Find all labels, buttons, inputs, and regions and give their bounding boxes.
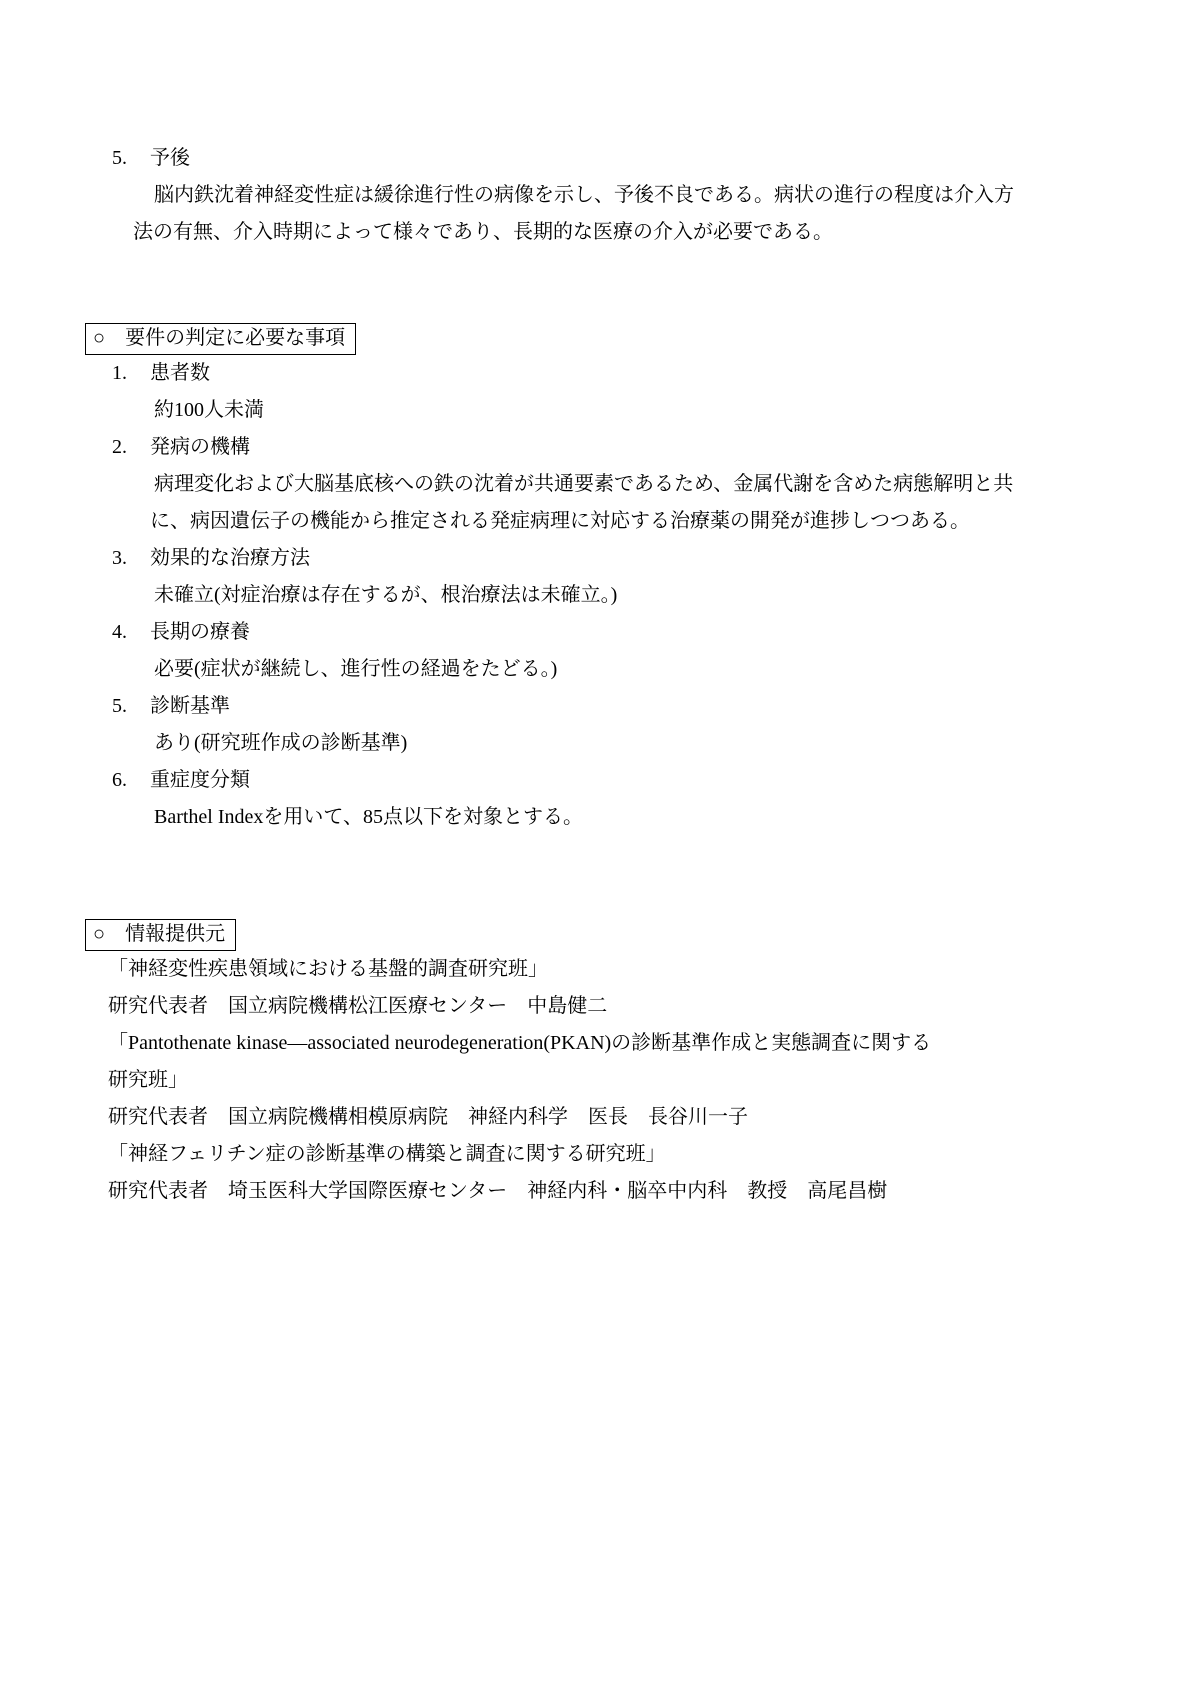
item-number: 1.: [112, 355, 150, 392]
item-title: 重症度分類: [150, 769, 250, 791]
prognosis-number: 5.: [112, 140, 150, 177]
prognosis-body-line: 法の有無、介入時期によって様々であり、長期的な医療の介入が必要である。: [0, 214, 1181, 251]
item-number: 2.: [112, 429, 150, 466]
circle-marker: ○: [93, 920, 105, 949]
source-line: 「Pantothenate kinase―associated neurodeg…: [0, 1025, 1181, 1062]
requirements-heading: 要件の判定に必要な事項: [125, 327, 345, 349]
item-title: 診断基準: [150, 695, 230, 717]
prognosis-body-line: 脳内鉄沈着神経変性症は緩徐進行性の病像を示し、予後不良である。病状の進行の程度は…: [0, 177, 1181, 214]
source-line: 「神経フェリチン症の診断基準の構築と調査に関する研究班」: [0, 1136, 1181, 1173]
source-line: 研究代表者 国立病院機構松江医療センター 中島健二: [0, 988, 1181, 1025]
item-number: 6.: [112, 762, 150, 799]
item-title: 患者数: [150, 362, 210, 384]
item-number: 4.: [112, 614, 150, 651]
item-title: 発病の機構: [150, 436, 250, 458]
requirement-item-body: 約100人未満: [0, 392, 1181, 429]
item-number: 3.: [112, 540, 150, 577]
requirements-heading-box: ○要件の判定に必要な事項: [85, 323, 356, 355]
requirement-item-body: あり(研究班作成の診断基準): [0, 725, 1181, 762]
item-title: 長期の療養: [150, 621, 250, 643]
document-page: 5.予後 脳内鉄沈着神経変性症は緩徐進行性の病像を示し、予後不良である。病状の進…: [0, 0, 1181, 1695]
source-heading: 情報提供元: [125, 923, 225, 945]
requirement-item-body: 病理変化および大脳基底核への鉄の沈着が共通要素であるため、金属代謝を含めた病態解…: [0, 466, 1181, 503]
requirement-item-heading: 5.診断基準: [0, 688, 1181, 725]
requirement-item-body: 必要(症状が継続し、進行性の経過をたどる。): [0, 651, 1181, 688]
source-line: 「神経変性疾患領域における基盤的調査研究班」: [0, 951, 1181, 988]
item-title: 効果的な治療方法: [150, 547, 310, 569]
requirement-item-body: 未確立(対症治療は存在するが、根治療法は未確立。): [0, 577, 1181, 614]
source-heading-box: ○情報提供元: [85, 919, 236, 951]
requirement-item-heading: 1.患者数: [0, 355, 1181, 392]
prognosis-title: 予後: [150, 147, 190, 169]
source-line: 研究班」: [0, 1062, 1181, 1099]
requirement-item-heading: 2.発病の機構: [0, 429, 1181, 466]
source-line: 研究代表者 国立病院機構相模原病院 神経内科学 医長 長谷川一子: [0, 1099, 1181, 1136]
prognosis-heading: 5.予後: [0, 140, 1181, 177]
requirement-item-heading: 6.重症度分類: [0, 762, 1181, 799]
requirement-item-heading: 3.効果的な治療方法: [0, 540, 1181, 577]
requirement-item-heading: 4.長期の療養: [0, 614, 1181, 651]
source-line: 研究代表者 埼玉医科大学国際医療センター 神経内科・脳卒中内科 教授 高尾昌樹: [0, 1173, 1181, 1210]
circle-marker: ○: [93, 324, 105, 353]
requirement-item-body: Barthel Indexを用いて、85点以下を対象とする。: [0, 799, 1181, 836]
item-number: 5.: [112, 688, 150, 725]
requirement-item-body: に、病因遺伝子の機能から推定される発症病理に対応する治療薬の開発が進捗しつつある…: [0, 503, 1181, 540]
